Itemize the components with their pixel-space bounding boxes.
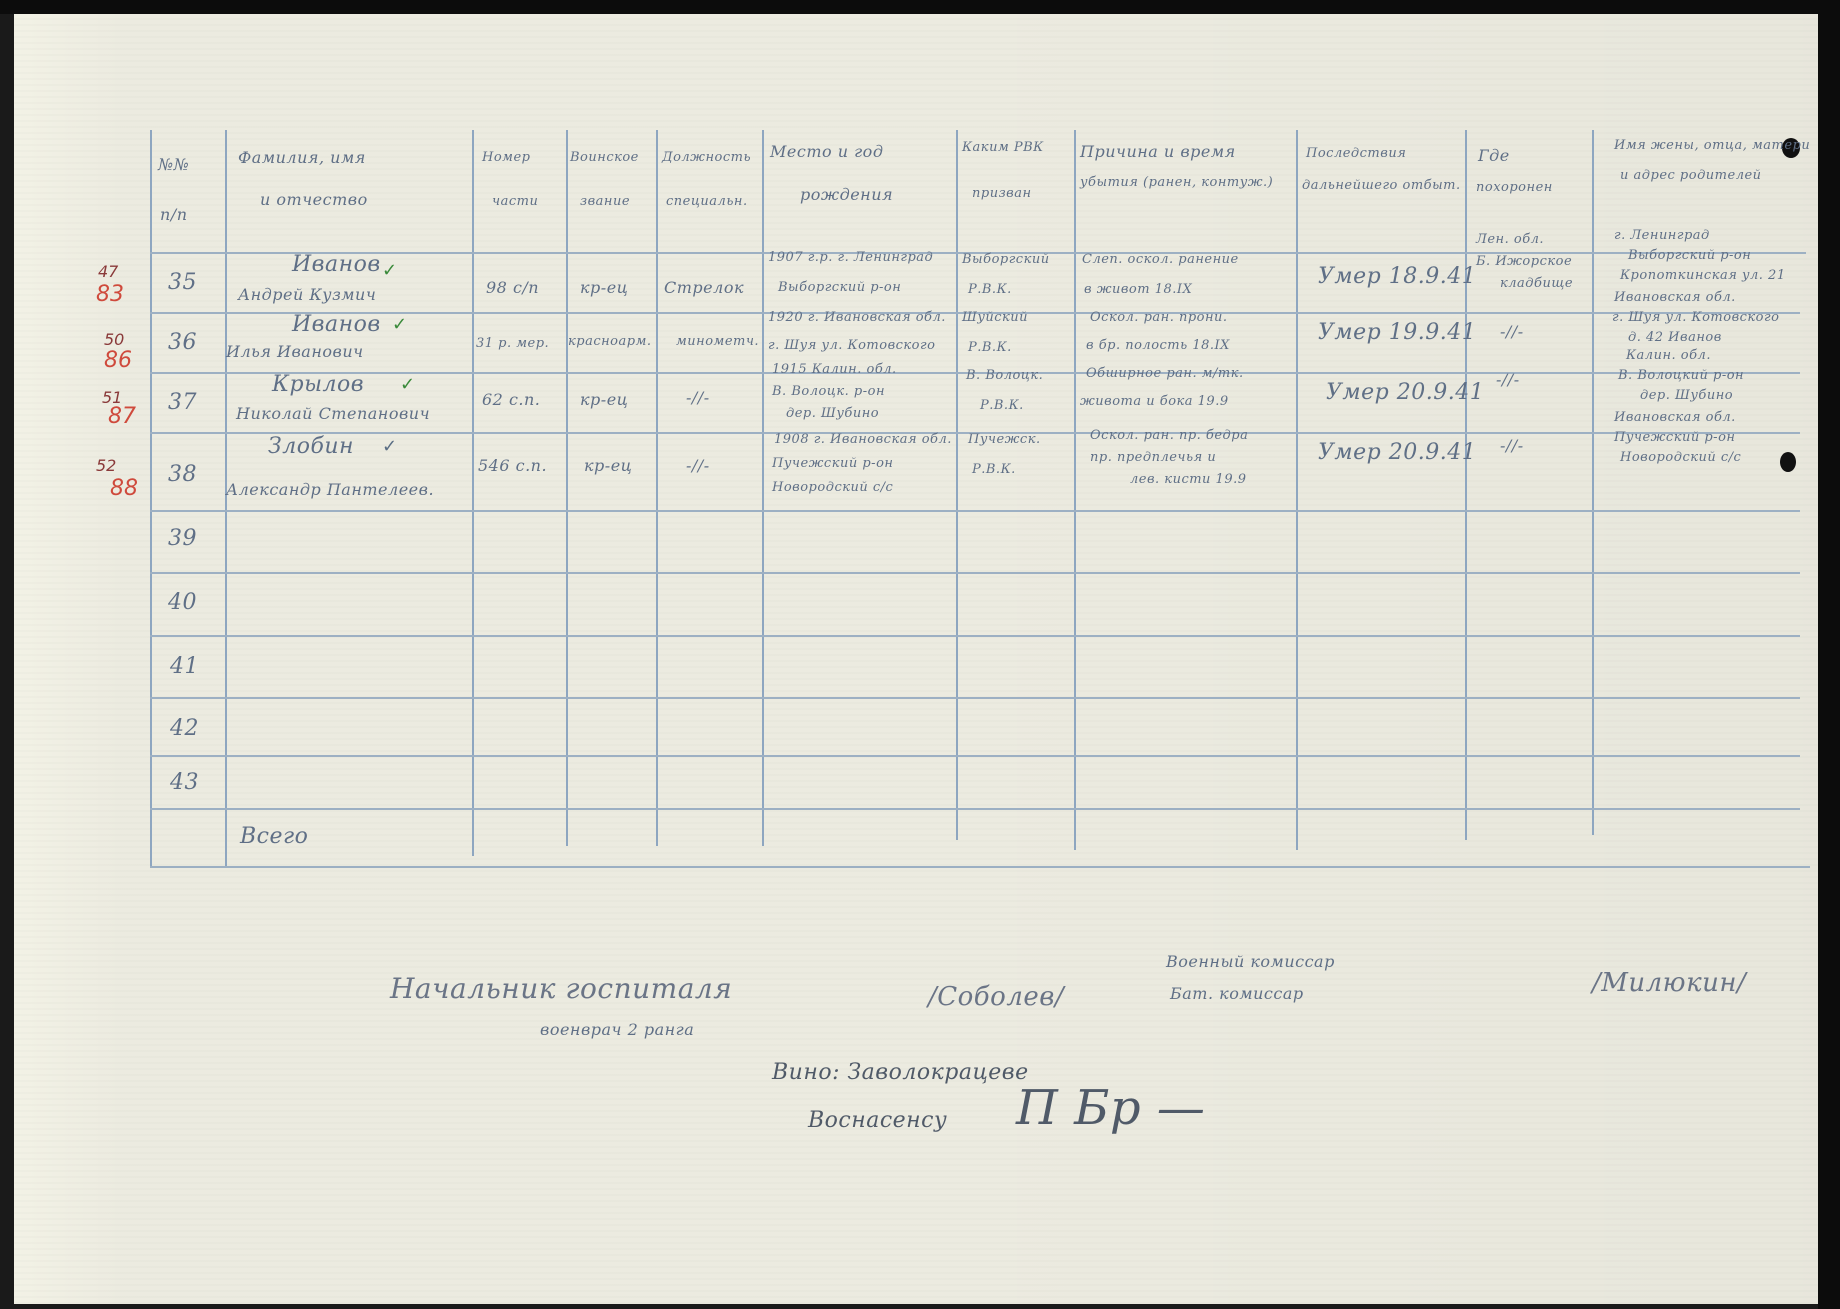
row-number: 41 [170,654,199,679]
burial-line3: кладбище [1500,276,1573,291]
draft-line2: Р.В.К. [968,282,1012,297]
grid-vline [956,130,958,840]
cause-line2: в живот 18.IX [1084,282,1192,297]
header-unit-line1: Номер [482,150,530,165]
position: -//- [686,388,710,407]
note-scrawl: П Бр — [1016,1080,1205,1136]
grid-hline [150,697,1800,699]
cause-line3: лев. кисти 19.9 [1130,472,1247,487]
relatives-line3: Кропоткинская ул. 21 [1620,268,1786,283]
check-mark-icon: ✓ [392,314,407,335]
relatives-line1: Калин. обл. [1626,348,1711,363]
signer-title-right: Военный комиссар [1166,952,1335,971]
relatives-line3: дер. Шубино [1640,388,1733,403]
grid-vline [1074,130,1076,850]
position: минометч. [676,334,759,349]
rank: красноарм. [568,334,652,349]
total-label: Всего [240,824,308,849]
signer-rank-right: Бат. комиссар [1170,984,1304,1003]
draft-line1: Шуйский [962,310,1028,325]
unit: 546 с.п. [478,456,547,475]
signer-rank-left: военврач 2 ранга [540,1020,694,1039]
header-rank-line1: Воинское [570,150,639,165]
outcome: Умер 20.9.41 [1326,380,1484,405]
grid-vline [1465,130,1467,840]
burial-ditto: -//- [1500,436,1524,455]
unit: 31 р. мер. [476,336,549,351]
relatives-line2: г. Шуя ул. Котовского [1612,310,1779,325]
rank: кр-ец [580,278,628,297]
row-number: 42 [170,716,199,741]
position: -//- [686,456,710,475]
draft-line2: Р.В.К. [980,398,1024,413]
scan-border-top [0,0,1840,14]
grid-hline [150,572,1800,574]
cause-line2: в бр. полость 18.IX [1086,338,1230,353]
outcome: Умер 19.9.41 [1318,320,1476,345]
margin-red-number: 87 [108,404,136,429]
birth-line2: В. Волоцк. р-он [772,384,885,399]
surname: Иванов [292,312,381,337]
grid-vline [1592,130,1594,835]
birth-line2: Пучежский р-он [772,456,893,471]
draft-line1: Пучежск. [968,432,1041,447]
rank: кр-ец [580,390,628,409]
draft-line2: Р.В.К. [972,462,1016,477]
birth-line1: 1907 г.р. г. Ленинград [768,250,933,265]
header-name-line1: Фамилия, имя [238,148,366,167]
header-num-line1: №№ [158,155,189,174]
birth-line2: г. Шуя ул. Котовского [768,338,935,353]
burial-line2: Б. Ижорское [1476,254,1572,269]
burial-ditto: -//- [1500,322,1524,341]
row-number: 43 [170,770,199,795]
relatives-line1: г. Ленинград [1614,228,1710,243]
given-names: Александр Пантелеев. [226,480,434,499]
punch-hole-bottom [1780,452,1796,472]
burial-line1: Лен. обл. [1476,232,1544,247]
cause-line1: Слеп. оскол. ранение [1082,252,1239,267]
margin-red-number: 88 [110,476,138,501]
header-draft-line1: Каким РВК [962,140,1044,155]
birth-line3: Новородский с/с [772,480,893,495]
header-rank-line2: звание [580,194,630,209]
cause-line2: живота и бока 19.9 [1080,394,1229,409]
row-number: 36 [168,330,197,355]
draft-line2: Р.В.К. [968,340,1012,355]
birth-line2: Выборгский р-он [778,280,901,295]
relatives-line1: Ивановская обл. [1614,290,1736,305]
cause-line2: пр. предплечья и [1090,450,1216,465]
signer-name-left: /Соболев/ [928,982,1064,1012]
check-mark-icon: ✓ [382,436,397,457]
cause-line1: Оскол. ран. пр. бедра [1090,428,1248,443]
surname: Крылов [272,372,364,397]
note-line2: Воснасенсу [808,1108,947,1133]
outcome: Умер 18.9.41 [1318,264,1476,289]
header-cause-line1: Причина и время [1080,142,1236,161]
given-names: Илья Иванович [226,342,364,361]
cause-line1: Обширное ран. м/тк. [1086,366,1244,381]
given-names: Николай Степанович [236,404,430,423]
margin-number: 47 [98,262,118,281]
outcome: Умер 20.9.41 [1318,440,1476,465]
birth-line1: 1908 г. Ивановская обл. [774,432,952,447]
grid-vline [656,130,658,846]
relatives-line1: Ивановская обл. [1614,410,1736,425]
scan-border-right [1818,0,1840,1309]
header-num-line2: п/п [160,205,188,224]
signer-title-left: Начальник госпиталя [390,972,732,1005]
surname: Иванов [292,252,381,277]
row-number: 40 [168,590,197,615]
grid-vline [1296,130,1298,850]
row-number: 35 [168,270,197,295]
grid-vline [472,130,474,856]
header-birth-line1: Место и год [770,142,883,161]
grid-hline [150,635,1800,637]
header-position-line2: специальн. [666,194,748,209]
header-relatives-line2: и адрес родителей [1620,168,1762,183]
position: Стрелок [664,278,744,297]
relatives-line2: В. Волоцкий р-он [1618,368,1744,383]
grid-hline [150,510,1800,512]
header-relatives-line1: Имя жены, отца, матери [1614,138,1810,153]
note-line1: Вино: Заволокрацеве [772,1060,1029,1085]
grid-hline [150,755,1800,757]
header-outcome-line2: дальнейшего отбыт. [1302,178,1461,193]
margin-number: 52 [96,456,116,475]
birth-line1: 1915 Калин. обл. [772,362,897,377]
header-burial-line1: Где [1478,146,1510,165]
relatives-line2: Пучежский р-он [1614,430,1735,445]
header-birth-line2: рождения [800,185,893,204]
draft-line1: В. Волоцк. [966,368,1043,383]
header-cause-line2: убытия (ранен, контуж.) [1080,175,1273,190]
header-burial-line2: похоронен [1476,180,1553,195]
birth-line1: 1920 г. Ивановская обл. [768,310,946,325]
draft-line1: Выборгский [962,252,1050,267]
margin-red-number: 83 [96,282,124,307]
check-mark-icon: ✓ [400,374,415,395]
burial-ditto: -//- [1496,370,1520,389]
header-draft-line2: призван [972,186,1032,201]
relatives-line3: д. 42 Иванов [1628,330,1722,345]
header-name-line2: и отчество [260,190,368,209]
rank: кр-ец [584,456,632,475]
header-outcome-line1: Последствия [1306,146,1406,161]
check-mark-icon: ✓ [382,260,397,281]
grid-hline [150,808,1800,810]
grid-vline [762,130,764,846]
surname: Злобин [268,434,354,459]
relatives-line3: Новородский с/с [1620,450,1741,465]
header-position-line1: Должность [662,150,751,165]
row-number: 37 [168,390,197,415]
unit: 98 с/п [486,278,539,297]
margin-number: 50 [104,330,124,349]
given-names: Андрей Кузмич [238,285,376,304]
margin-red-number: 86 [104,348,132,373]
signer-name-right: /Милюкин/ [1592,968,1746,998]
unit: 62 с.п. [482,390,540,409]
header-unit-line2: части [492,194,538,209]
relatives-line2: Выборгский р-он [1628,248,1751,263]
birth-line3: дер. Шубино [786,406,879,421]
grid-hline-bottom [150,866,1810,868]
row-number: 39 [168,526,197,551]
cause-line1: Оскол. ран. прони. [1090,310,1228,325]
row-number: 38 [168,462,197,487]
grid-vline [566,130,568,846]
